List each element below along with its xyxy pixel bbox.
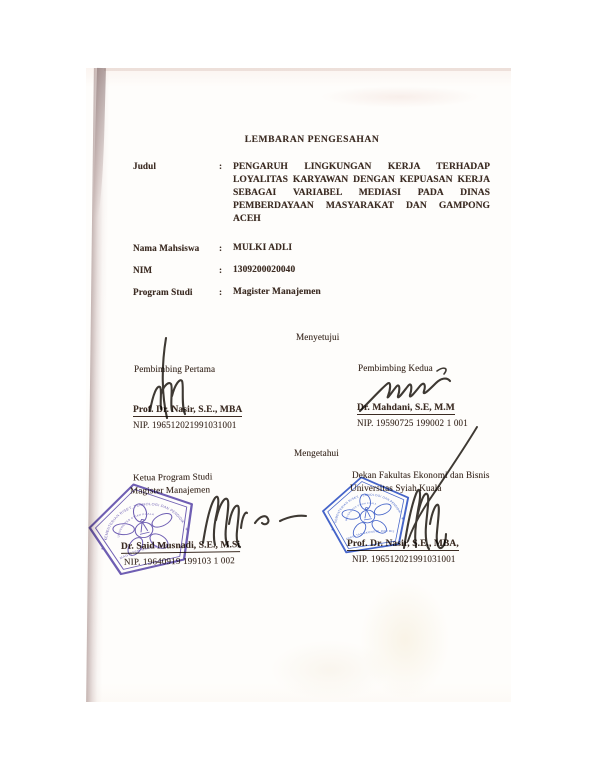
scanned-document-page: LEMBARAN PENGESAHAN Judul : PENGARUH LIN… bbox=[0, 0, 595, 770]
menyetujui-label: Menyetujui bbox=[296, 332, 339, 342]
pembimbing1-name: Prof. Dr. Nasir, S.E., MBA bbox=[133, 405, 242, 417]
prodi-label: Program Studi bbox=[133, 287, 193, 297]
thesis-title: PENGARUH LINGKUNGAN KERJA TERHADAP LOYAL… bbox=[233, 160, 490, 225]
mengetahui-label: Mengetahui bbox=[294, 448, 339, 458]
pembimbing2-nip: NIP. 19590725 199002 1 001 bbox=[357, 418, 468, 428]
prodi-colon: : bbox=[219, 287, 222, 297]
pembimbing2-name: Dr. Mahdani, S.E, M.M bbox=[357, 403, 455, 415]
thesis-title-line: PEMBERDAYAAN MASYARAKAT DAN GAMPONG bbox=[233, 199, 490, 212]
paper-top-edge bbox=[104, 68, 511, 71]
thesis-title-line: PENGARUH LINGKUNGAN KERJA TERHADAP bbox=[233, 160, 490, 173]
pembimbing2-role: Pembimbing Kedua bbox=[358, 363, 433, 373]
thesis-title-line: ACEH bbox=[233, 212, 490, 225]
nim-label: NIM bbox=[133, 265, 152, 275]
student-name: MULKI ADLI bbox=[233, 243, 292, 253]
stamp-star: * bbox=[185, 526, 191, 535]
judul-label: Judul bbox=[133, 161, 156, 171]
nama-label: Nama Mahsiswa bbox=[133, 243, 199, 253]
pembimbing1-role: Pembimbing Pertama bbox=[134, 364, 215, 374]
page-title: LEMBARAN PENGESAHAN bbox=[133, 134, 491, 145]
nim-colon: : bbox=[219, 265, 222, 275]
program-studi: Magister Manajemen bbox=[233, 287, 321, 297]
student-nim: 1309200020040 bbox=[233, 265, 295, 275]
thesis-title-line: SEBAGAI VARIABEL MEDIASI PADA DINAS bbox=[233, 186, 490, 199]
thesis-title-line: LOYALITAS KARYAWAN DENGAN KEPUASAN KERJA bbox=[233, 173, 490, 186]
svg-text:MAGISTER MANAJEMEN: MAGISTER MANAJEMEN bbox=[118, 542, 168, 560]
nama-colon: : bbox=[219, 243, 222, 253]
stamp-ring-text: MAGISTER MANAJEMEN bbox=[118, 542, 168, 560]
pembimbing1-nip: NIP. 196512021991031001 bbox=[133, 420, 237, 430]
university-seal-stamp-icon: KEMENTERIAN RISET, TEKNOLOGI DAN PENDIDI… bbox=[313, 467, 422, 566]
judul-colon: : bbox=[219, 161, 222, 171]
